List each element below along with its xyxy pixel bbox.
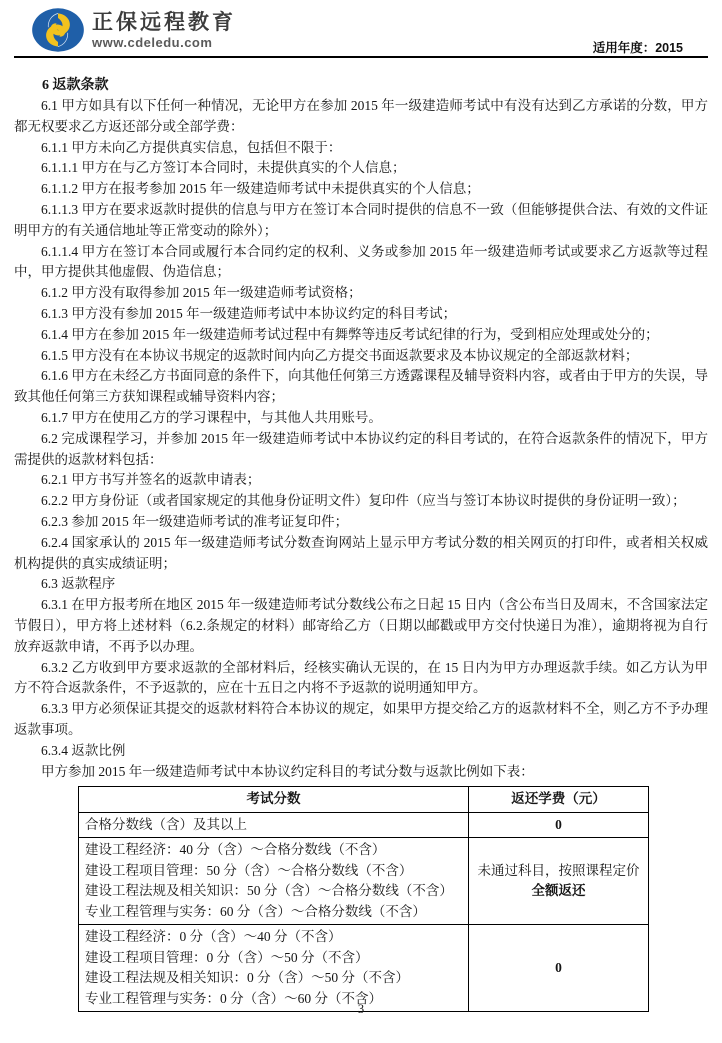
score-cell-pass: 合格分数线（含）及其以上 (79, 812, 469, 838)
refund-line-bold: 全额返还 (473, 881, 644, 902)
clause-6-1-1-1: 6.1.1.1 甲方在与乙方签订本合同时，未提供真实的个人信息； (14, 158, 708, 179)
score-line: 建设工程经济：0 分（含）～40 分（不含） (85, 927, 464, 948)
score-line: 建设工程项目管理：0 分（含）～50 分（不含） (85, 948, 464, 969)
brand-logo: 正保远程教育 www.cdeledu.com (30, 6, 236, 54)
clause-6-1: 6.1 甲方如具有以下任何一种情况，无论甲方在参加 2015 年一级建造师考试中… (14, 96, 708, 138)
table-row: 合格分数线（含）及其以上 0 (79, 812, 649, 838)
refund-cell-partial: 未通过科目，按照课程定价 全额返还 (469, 838, 649, 925)
document-body: 6 返款条款 6.1 甲方如具有以下任何一种情况，无论甲方在参加 2015 年一… (14, 75, 708, 1012)
clause-6-2: 6.2 完成课程学习，并参加 2015 年一级建造师考试中本协议约定的科目考试的… (14, 429, 708, 471)
col-header-refund: 返还学费（元） (469, 787, 649, 813)
document-page: 正保远程教育 www.cdeledu.com 适用年度：2015 6 返款条款 … (0, 0, 722, 1043)
score-cell-partial: 建设工程经济：40 分（含）～合格分数线（不含） 建设工程项目管理：50 分（含… (79, 838, 469, 925)
clause-6-1-1-2: 6.1.1.2 甲方在报考参加 2015 年一级建造师考试中未提供真实的个人信息… (14, 179, 708, 200)
refund-table: 考试分数 返还学费（元） 合格分数线（含）及其以上 0 建设工程经济：40 分（… (78, 786, 649, 1012)
clause-6-2-2: 6.2.2 甲方身份证（或者国家规定的其他身份证明文件）复印件（应当与签订本协议… (14, 491, 708, 512)
clause-6-1-7: 6.1.7 甲方在使用乙方的学习课程中，与其他人共用账号。 (14, 408, 708, 429)
section-heading: 6 返款条款 (14, 75, 708, 96)
score-line: 建设工程法规及相关知识：0 分（含）～50 分（不含） (85, 968, 464, 989)
clause-6-1-3: 6.1.3 甲方没有参加 2015 年一级建造师考试中本协议约定的科目考试； (14, 304, 708, 325)
clause-6-2-4: 6.2.4 国家承认的 2015 年一级建造师考试分数查询网站上显示甲方考试分数… (14, 533, 708, 575)
score-line: 专业工程管理与实务：60 分（含）～合格分数线（不含） (85, 902, 464, 923)
clause-6-3-3: 6.3.3 甲方必须保证其提交的返款材料符合本协议的规定，如果甲方提交给乙方的返… (14, 699, 708, 741)
brand-text: 正保远程教育 www.cdeledu.com (92, 11, 236, 50)
brand-logo-icon (30, 6, 86, 54)
page-number: 3 (0, 1002, 722, 1017)
clause-6-2-1: 6.2.1 甲方书写并签名的返款申请表； (14, 470, 708, 491)
brand-name: 正保远程教育 (92, 11, 236, 35)
clause-6-1-4: 6.1.4 甲方在参加 2015 年一级建造师考试过程中有舞弊等违反考试纪律的行… (14, 325, 708, 346)
page-header: 正保远程教育 www.cdeledu.com 适用年度：2015 (0, 0, 722, 57)
clause-6-2-3: 6.2.3 参加 2015 年一级建造师考试的准考证复印件； (14, 512, 708, 533)
clause-6-1-6: 6.1.6 甲方在未经乙方书面同意的条件下，向其他任何第三方透露课程及辅导资料内… (14, 366, 708, 408)
score-cell-low: 建设工程经济：0 分（含）～40 分（不含） 建设工程项目管理：0 分（含）～5… (79, 925, 469, 1012)
refund-line: 未通过科目，按照课程定价 (473, 861, 644, 882)
clause-6-3-2: 6.3.2 乙方收到甲方要求返款的全部材料后，经核实确认无误的，在 15 日内为… (14, 658, 708, 700)
table-row: 建设工程经济：40 分（含）～合格分数线（不含） 建设工程项目管理：50 分（含… (79, 838, 649, 925)
col-header-score: 考试分数 (79, 787, 469, 813)
clause-6-1-1-4: 6.1.1.4 甲方在签订本合同或履行本合同约定的权利、义务或参加 2015 年… (14, 242, 708, 284)
clause-6-3: 6.3 返款程序 (14, 574, 708, 595)
header-divider (14, 56, 708, 58)
score-line: 建设工程项目管理：50 分（含）～合格分数线（不含） (85, 861, 464, 882)
clause-6-1-2: 6.1.2 甲方没有取得参加 2015 年一级建造师考试资格； (14, 283, 708, 304)
table-row: 建设工程经济：0 分（含）～40 分（不含） 建设工程项目管理：0 分（含）～5… (79, 925, 649, 1012)
refund-cell-low: 0 (469, 925, 649, 1012)
clause-6-3-4: 6.3.4 返款比例 (14, 741, 708, 762)
score-line: 建设工程法规及相关知识：50 分（含）～合格分数线（不含） (85, 881, 464, 902)
clause-6-1-5: 6.1.5 甲方没有在本协议书规定的返款时间内向乙方提交书面返款要求及本协议规定… (14, 346, 708, 367)
clause-6-1-1-3: 6.1.1.3 甲方在要求返款时提供的信息与甲方在签订本合同时提供的信息不一致（… (14, 200, 708, 242)
table-intro: 甲方参加 2015 年一级建造师考试中本协议约定科目的考试分数与返款比例如下表： (14, 762, 708, 783)
table-header-row: 考试分数 返还学费（元） (79, 787, 649, 813)
clause-6-1-1: 6.1.1 甲方未向乙方提供真实信息，包括但不限于： (14, 138, 708, 159)
refund-cell-pass: 0 (469, 812, 649, 838)
clause-6-3-1: 6.3.1 在甲方报考所在地区 2015 年一级建造师考试分数线公布之日起 15… (14, 595, 708, 657)
brand-url: www.cdeledu.com (92, 35, 236, 50)
applicable-year-label: 适用年度：2015 (593, 38, 683, 56)
score-line: 建设工程经济：40 分（含）～合格分数线（不含） (85, 840, 464, 861)
